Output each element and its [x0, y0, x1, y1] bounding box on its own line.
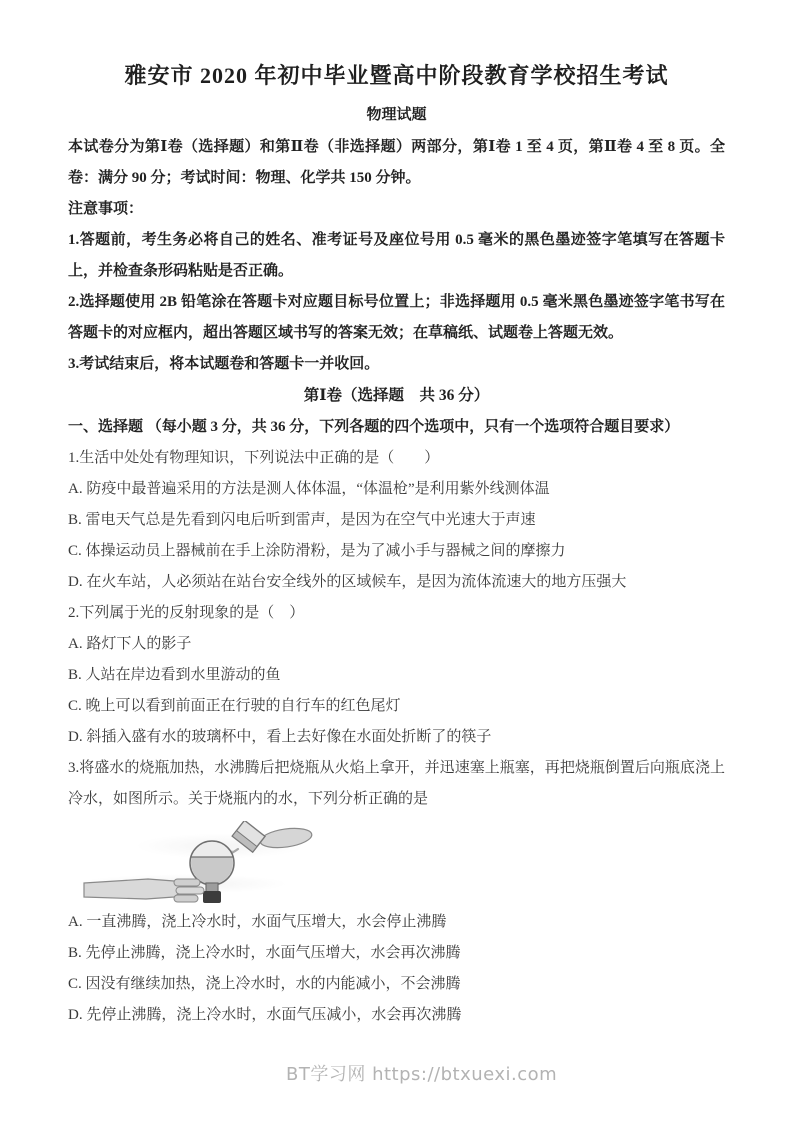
- page-subtitle: 物理试题: [68, 104, 725, 126]
- question-1: 1.生活中处处有物理知识，下列说法中正确的是（ ） A. 防疫中最普遍采用的方法…: [68, 443, 725, 598]
- notice-heading: 注意事项：: [68, 194, 725, 225]
- question-2-option-a: A. 路灯下人的影子: [68, 629, 725, 660]
- question-1-option-d: D. 在火车站，人必须站在站台安全线外的区域候车，是因为流体流速大的地方压强大: [68, 567, 725, 598]
- notice-item-2: 2.选择题使用 2B 铅笔涂在答题卡对应题目标号位置上；非选择题用 0.5 毫米…: [68, 287, 725, 349]
- notice-item-1: 1.答题前，考生务必将自己的姓名、准考证号及座位号用 0.5 毫米的黑色墨迹签字…: [68, 225, 725, 287]
- question-3-option-b: B. 先停止沸腾，浇上冷水时，水面气压增大，水会再次沸腾: [68, 938, 725, 969]
- page-title: 雅安市 2020 年初中毕业暨高中阶段教育学校招生考试: [68, 60, 725, 92]
- question-2-option-b: B. 人站在岸边看到水里游动的鱼: [68, 660, 725, 691]
- question-1-option-b: B. 雷电天气总是先看到闪电后听到雷声，是因为在空气中光速大于声速: [68, 505, 725, 536]
- exam-paper-page: 雅安市 2020 年初中毕业暨高中阶段教育学校招生考试 物理试题 本试卷分为第Ⅰ…: [0, 0, 793, 1122]
- footer-text: BT学习网 https://btxuexi.com: [286, 1064, 557, 1085]
- notice-item-3: 3.考试结束后，将本试题卷和答题卡一并收回。: [68, 349, 725, 380]
- question-3-option-a: A. 一直沸腾，浇上冷水时，水面气压增大，水会停止沸腾: [68, 907, 725, 938]
- watermark-footer: BT学习网 https://btxuexi.com: [286, 1060, 557, 1086]
- question-3: 3.将盛水的烧瓶加热，水沸腾后把烧瓶从火焰上拿开，并迅速塞上瓶塞，再把烧瓶倒置后…: [68, 753, 725, 1031]
- question-2-option-d: D. 斜插入盛有水的玻璃杯中，看上去好像在水面处折断了的筷子: [68, 722, 725, 753]
- question-3-option-d: D. 先停止沸腾，浇上冷水时，水面气压减小，水会再次沸腾: [68, 1000, 725, 1031]
- section1-heading: 一、选择题 （每小题 3 分，共 36 分，下列各题的四个选项中，只有一个选项符…: [68, 412, 725, 443]
- question-2-stem: 2.下列属于光的反射现象的是（ ）: [68, 598, 725, 629]
- question-1-option-a: A. 防疫中最普遍采用的方法是测人体体温，“体温枪”是利用紫外线测体温: [68, 474, 725, 505]
- question-1-stem: 1.生活中处处有物理知识，下列说法中正确的是（ ）: [68, 443, 725, 474]
- exam-preamble: 本试卷分为第Ⅰ卷（选择题）和第Ⅱ卷（非选择题）两部分，第Ⅰ卷 1 至 4 页，第…: [68, 132, 725, 194]
- question-3-stem: 3.将盛水的烧瓶加热，水沸腾后把烧瓶从火焰上拿开，并迅速塞上瓶塞，再把烧瓶倒置后…: [68, 753, 725, 815]
- flask-experiment-figure: [70, 821, 320, 905]
- part1-heading: 第Ⅰ卷（选择题 共 36 分）: [68, 380, 725, 412]
- question-3-option-c: C. 因没有继续加热，浇上冷水时，水的内能减小，不会沸腾: [68, 969, 725, 1000]
- question-1-option-c: C. 体操运动员上器械前在手上涂防滑粉，是为了减小手与器械之间的摩擦力: [68, 536, 725, 567]
- flask-pour-illustration: [70, 821, 320, 905]
- question-2: 2.下列属于光的反射现象的是（ ） A. 路灯下人的影子 B. 人站在岸边看到水…: [68, 598, 725, 753]
- question-2-option-c: C. 晚上可以看到前面正在行驶的自行车的红色尾灯: [68, 691, 725, 722]
- holding-hand-icon: [84, 879, 204, 902]
